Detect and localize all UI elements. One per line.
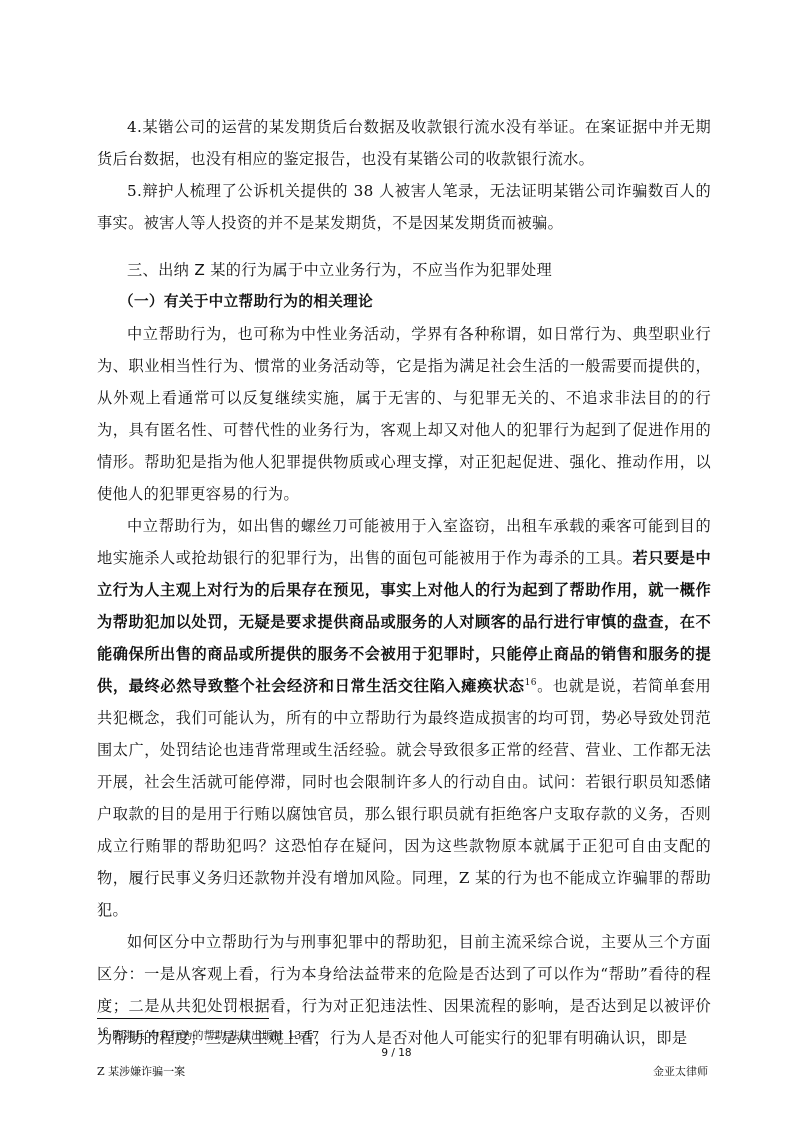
subsection-heading: （一）有关于中立帮助行为的相关理论 [97, 286, 711, 318]
footnote: 16 陈洪兵 中立行为的帮助 法律出版社 13-17 [97, 1027, 319, 1043]
paragraph-neutral-help-examples: 中立帮助行为，如出售的螺丝刀可能被用于入室盗窃，出租车承载的乘客可能到目的地实施… [97, 510, 711, 926]
footnote-reference[interactable]: 16 [525, 678, 537, 688]
footer-author: 金亚太律师 [653, 1063, 708, 1079]
normal-text: 。也就是说，若简单套用共犯概念，我们可能认为，所有的中立帮助行为最终造成损害的均… [97, 677, 711, 919]
footnote-number: 16 [97, 1027, 108, 1037]
body-text: 4.某锴公司的运营的某发期货后台数据及收款银行流水没有举证。在案证据中并无期货后… [97, 111, 711, 1054]
paragraph-evidence-4: 4.某锴公司的运营的某发期货后台数据及收款银行流水没有举证。在案证据中并无期货后… [97, 111, 711, 175]
bold-emphasis-text: 若只要是中立行为人主观上对行为的后果存在预见，事实上对他人的行为起到了帮助作用，… [97, 549, 711, 695]
document-page: 4.某锴公司的运营的某发期货后台数据及收款银行流水没有举证。在案证据中并无期货后… [0, 0, 793, 1122]
normal-text: 中立帮助行为，如出售的螺丝刀可能被用于入室盗窃，出租车承载的乘客可能到目的地实施… [97, 517, 711, 567]
footnote-divider [97, 1018, 269, 1019]
footer-case-title: Z 某涉嫌诈骗一案 [97, 1063, 185, 1079]
paragraph-neutral-help-definition: 中立帮助行为，也可称为中性业务活动，学界有各种称谓，如日常行为、典型职业行为、职… [97, 318, 711, 510]
page-number: 9 / 18 [0, 1047, 793, 1059]
section-heading: 三、出纳 Z 某的行为属于中立业务行为，不应当作为犯罪处理 [97, 254, 711, 286]
paragraph-evidence-5: 5.辩护人梳理了公诉机关提供的 38 人被害人笔录，无法证明某锴公司诈骗数百人的… [97, 175, 711, 239]
footnote-text: 陈洪兵 中立行为的帮助 法律出版社 13-17 [108, 1029, 319, 1042]
